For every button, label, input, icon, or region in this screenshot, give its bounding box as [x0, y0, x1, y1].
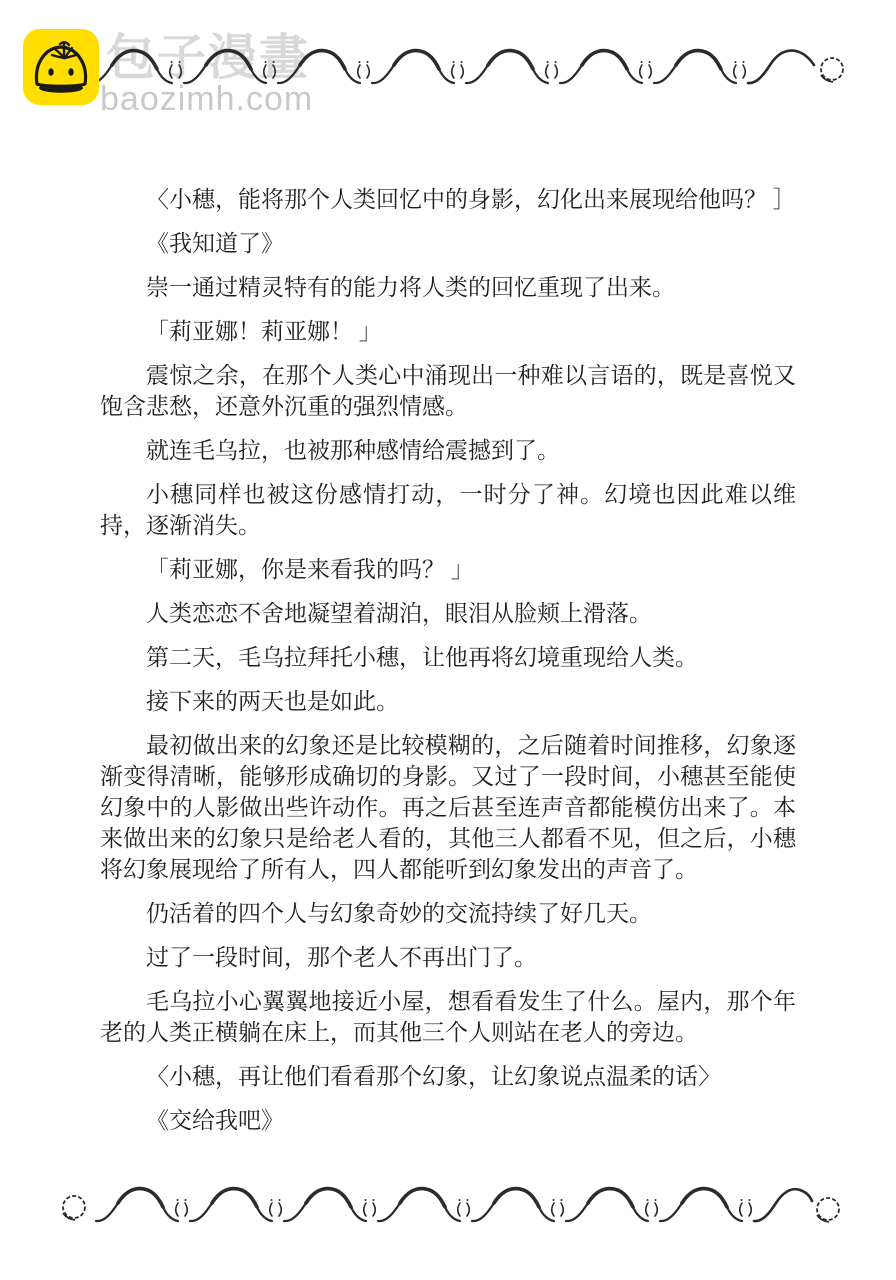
- novel-paragraph: 「莉亚娜！莉亚娜！ 」: [100, 316, 796, 347]
- novel-paragraph: 最初做出来的幻象还是比较模糊的，之后随着时间推移，幻象逐渐变得清晰，能够形成确切…: [100, 730, 796, 885]
- novel-paragraph: 〈小穗，再让他们看看那个幻象，让幻象说点温柔的话〉: [100, 1061, 796, 1092]
- novel-text-content: 〈小穗，能将那个人类回忆中的身影，幻化出来展现给他吗？ ］《我知道了》崇一通过精…: [100, 184, 796, 1149]
- novel-paragraph: 第二天，毛乌拉拜托小穗，让他再将幻境重现给人类。: [100, 642, 796, 673]
- novel-paragraph: 就连毛乌拉，也被那种感情给震撼到了。: [100, 435, 796, 466]
- novel-paragraph: 接下来的两天也是如此。: [100, 686, 796, 717]
- novel-paragraph: 仍活着的四个人与幻象奇妙的交流持续了好几天。: [100, 898, 796, 929]
- novel-paragraph: 〈小穗，能将那个人类回忆中的身影，幻化出来展现给他吗？ ］: [100, 184, 796, 215]
- novel-paragraph: 《我知道了》: [100, 228, 796, 259]
- novel-paragraph: 人类恋恋不舍地凝望着湖泊，眼泪从脸颊上滑落。: [100, 598, 796, 629]
- ornamental-wave-border-bottom-icon: [50, 1180, 850, 1236]
- novel-page: 包子漫畫 baozimh.com: [0, 0, 896, 1280]
- novel-paragraph: 「莉亚娜，你是来看我的吗？ 」: [100, 554, 796, 585]
- novel-paragraph: 震惊之余，在那个人类心中涌现出一种难以言语的，既是喜悦又饱含悲愁，还意外沉重的强…: [100, 360, 796, 422]
- ornamental-wave-border-top-icon: [88, 42, 858, 98]
- novel-paragraph: 毛乌拉小心翼翼地接近小屋，想看看发生了什么。屋内，那个年老的人类正横躺在床上，而…: [100, 986, 796, 1048]
- novel-paragraph: 过了一段时间，那个老人不再出门了。: [100, 942, 796, 973]
- baozi-logo-icon: [22, 28, 100, 106]
- novel-paragraph: 《交给我吧》: [100, 1105, 796, 1136]
- novel-paragraph: 崇一通过精灵特有的能力将人类的回忆重现了出来。: [100, 272, 796, 303]
- novel-paragraph: 小穗同样也被这份感情打动，一时分了神。幻境也因此难以维持，逐渐消失。: [100, 479, 796, 541]
